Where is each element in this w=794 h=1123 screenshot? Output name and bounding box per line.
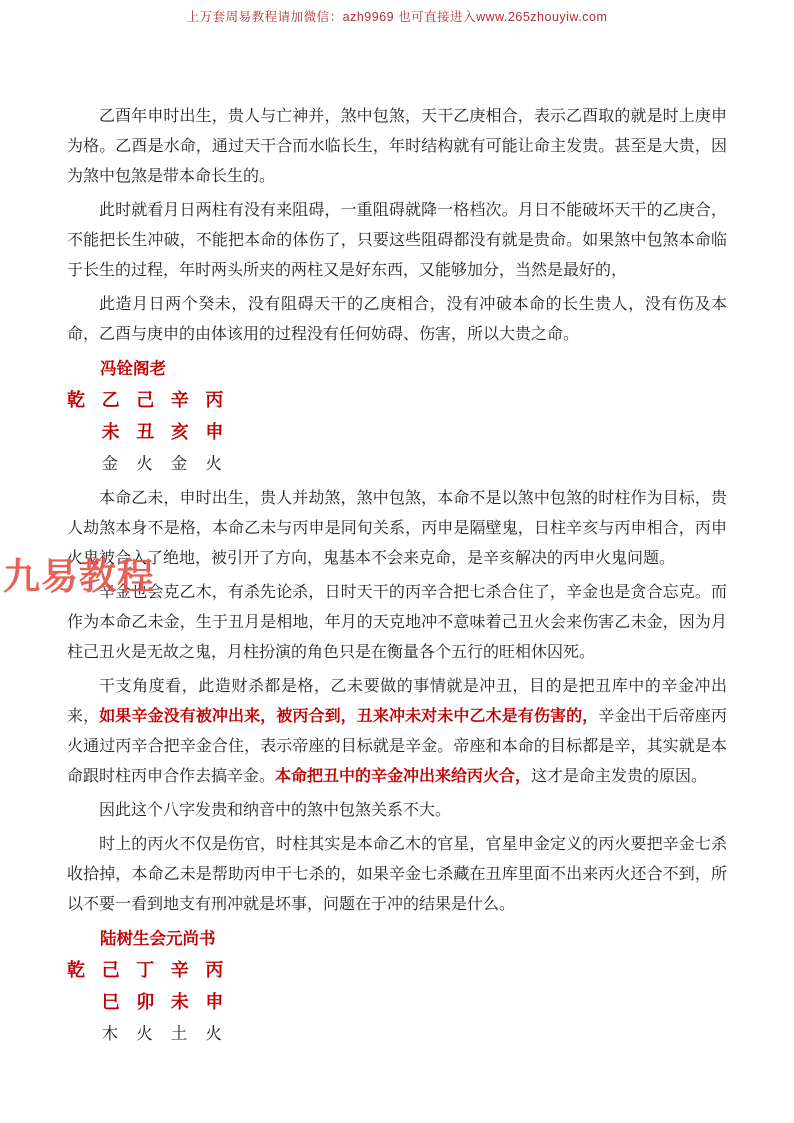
paragraph-4: 本命乙未，申时出生，贵人并劫煞，煞中包煞，本命不是以煞中包煞的时柱作为目标，贵人…	[67, 484, 727, 574]
paragraph-2: 此时就看月日两柱有没有来阻碍，一重阻碍就降一格档次。月日不能破坏天干的乙庚合，不…	[67, 196, 727, 286]
nayin-day: 土	[171, 1018, 206, 1050]
chart-stems-row: 乾 乙 己 辛 丙	[67, 384, 727, 416]
branch-day: 未	[171, 986, 206, 1018]
paragraph-3: 此造月日两个癸未，没有阻碍天干的乙庚相合，没有冲破本命的长生贵人，没有伤及本命，…	[67, 290, 727, 350]
chart-branches-row: 未 丑 亥 申	[67, 416, 727, 448]
nayin-month: 火	[136, 1018, 171, 1050]
branch-hour: 申	[205, 416, 240, 448]
gender-label: 乾	[67, 954, 102, 986]
branch-year: 巳	[102, 986, 137, 1018]
gender-label: 乾	[67, 384, 102, 416]
nayin-hour: 火	[205, 1018, 240, 1050]
spacer	[67, 986, 102, 1018]
chart-nayin-row: 木 火 土 火	[67, 1018, 727, 1050]
paragraph-6: 干支角度看，此造财杀都是格，乙未要做的事情就是冲丑，目的是把丑库中的辛金冲出来，…	[67, 672, 727, 792]
branch-hour: 申	[205, 986, 240, 1018]
chart-title: 冯铨阁老	[67, 354, 727, 384]
stem-month: 己	[136, 384, 171, 416]
para6-segment-4-red: 本命把丑中的辛金冲出来给丙火合，	[275, 768, 531, 785]
chart-branches-row: 巳 卯 未 申	[67, 986, 727, 1018]
nayin-month: 火	[136, 448, 171, 480]
paragraph-8: 时上的丙火不仅是伤官，时柱其实是本命乙木的官星，官星申金定义的丙火要把辛金七杀收…	[67, 830, 727, 920]
stem-day: 辛	[171, 384, 206, 416]
branch-month: 卯	[136, 986, 171, 1018]
nayin-year: 金	[102, 448, 137, 480]
page-header: 上万套周易教程请加微信：azh9969 也可直接进入www.265zhouyiw…	[0, 7, 794, 25]
nayin-hour: 火	[205, 448, 240, 480]
para6-segment-2-red: 如果辛金没有被冲出来，被丙合到，丑来冲未对未中乙木是有伤害的，	[99, 708, 598, 725]
spacer	[67, 448, 102, 480]
branch-month: 丑	[136, 416, 171, 448]
nayin-day: 金	[171, 448, 206, 480]
chart-stems-row: 乾 己 丁 辛 丙	[67, 954, 727, 986]
paragraph-7: 因此这个八字发贵和纳音中的煞中包煞关系不大。	[67, 796, 727, 826]
stem-hour: 丙	[205, 954, 240, 986]
document-body: 乙酉年申时出生，贵人与亡神并，煞中包煞，天干乙庚相合，表示乙酉取的就是时上庚申为…	[67, 102, 727, 1054]
document-page: 上万套周易教程请加微信：azh9969 也可直接进入www.265zhouyiw…	[0, 0, 794, 1123]
paragraph-5: 辛金也会克乙木，有杀先论杀，日时天干的丙辛合把七杀合住了，辛金也是贪合忘克。而作…	[67, 578, 727, 668]
stem-day: 辛	[171, 954, 206, 986]
stem-year: 乙	[102, 384, 137, 416]
stem-year: 己	[102, 954, 137, 986]
paragraph-1: 乙酉年申时出生，贵人与亡神并，煞中包煞，天干乙庚相合，表示乙酉取的就是时上庚申为…	[67, 102, 727, 192]
stem-month: 丁	[136, 954, 171, 986]
bazi-chart-fengquan: 冯铨阁老 乾 乙 己 辛 丙 未 丑 亥 申 金 火 金 火	[67, 354, 727, 480]
header-text: 上万套周易教程请加微信：azh9969 也可直接进入www.265zhouyiw…	[187, 10, 608, 24]
branch-day: 亥	[171, 416, 206, 448]
spacer	[67, 1018, 102, 1050]
chart-title: 陆树生会元尚书	[67, 924, 727, 954]
spacer	[67, 416, 102, 448]
nayin-year: 木	[102, 1018, 137, 1050]
branch-year: 未	[102, 416, 137, 448]
stem-hour: 丙	[205, 384, 240, 416]
bazi-chart-lushusheng: 陆树生会元尚书 乾 己 丁 辛 丙 巳 卯 未 申 木 火 土 火	[67, 924, 727, 1050]
para6-segment-5: 这才是命主发贵的原因。	[531, 768, 707, 785]
chart-nayin-row: 金 火 金 火	[67, 448, 727, 480]
